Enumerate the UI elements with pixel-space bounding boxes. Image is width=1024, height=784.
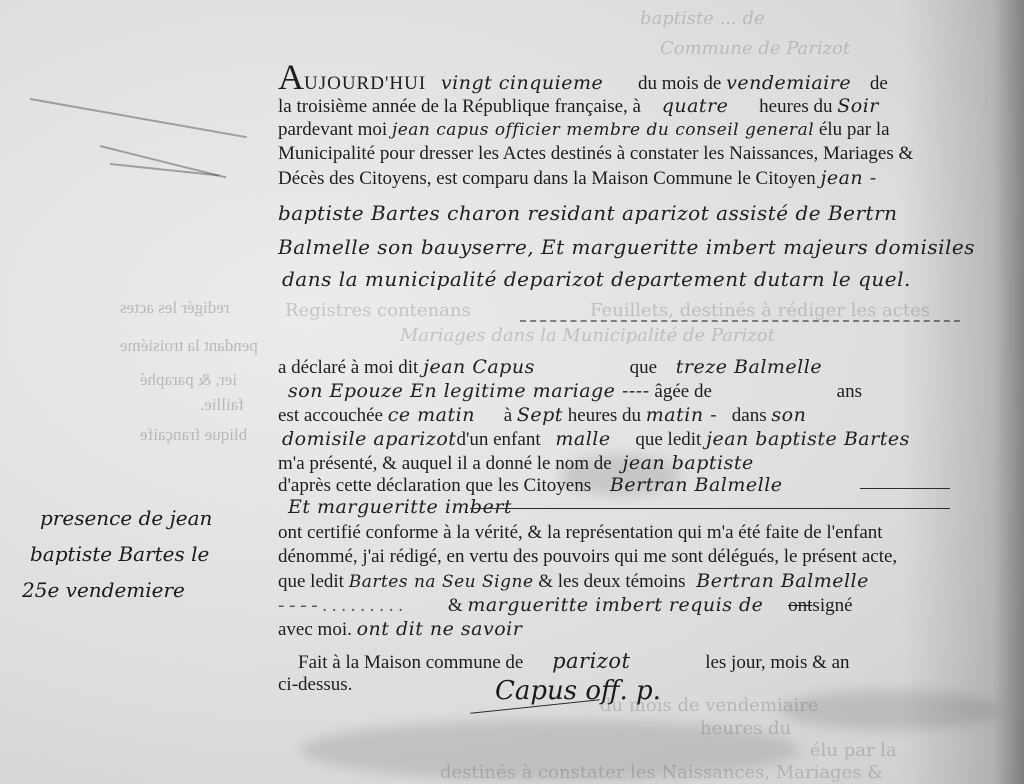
printed-text: à (504, 405, 512, 426)
handwritten-text: Bartes na Seu Signe (349, 572, 534, 592)
handwritten-text: ont dit ne savoir (357, 618, 523, 640)
bleed-through-bottom: élu par la (810, 740, 897, 761)
handwritten-name: jean Capus (423, 356, 535, 378)
text-line: ci-dessus. (278, 674, 352, 696)
fill-line (860, 488, 950, 489)
printed-text: avec moi. (278, 619, 352, 640)
handwritten-commune: parizot (552, 649, 630, 673)
handwritten-child-name: jean baptiste (622, 452, 753, 474)
bleed-through-left: redigér les actes (120, 298, 230, 318)
printed-text: & (448, 595, 463, 616)
text-line: Fait à la Maison commune de parizot les … (298, 650, 850, 674)
text-line: son Epouze En legitime mariage ---- âgée… (288, 380, 862, 403)
text-line: - - - - . . . . . . . . . & margueritte … (278, 594, 853, 617)
printed-text: a déclaré à moi dit (278, 357, 418, 378)
printed-text: heures du (568, 405, 641, 426)
printed-text: que ledit (635, 429, 701, 450)
printed-text: est accouchée (278, 405, 383, 426)
dropcap: A (278, 57, 304, 97)
handwritten-text: matin - (646, 404, 717, 426)
handwritten-day: vingt cinquieme (441, 72, 603, 94)
printed-text: les jour, mois & an (705, 652, 849, 673)
printed-text: élu par la (819, 119, 890, 140)
handwritten-father: jean baptiste Bartes (706, 428, 910, 450)
text-line: domisile aparizotd'un enfant malle que l… (282, 428, 910, 451)
bleed-through-left: faillie. (200, 395, 244, 415)
text-line: ont certifié conforme à la vérité, & la … (278, 522, 883, 544)
handwritten-witness: Bertran Balmelle (696, 570, 869, 592)
printed-text: âgée de (654, 381, 711, 402)
bleed-through-left: ier, & paraphé (140, 370, 237, 390)
printed-text: d'un enfant (456, 429, 540, 450)
printed-text: ans (837, 381, 862, 402)
bleed-through-top: Commune de Parizot (660, 38, 850, 59)
header-title: UJOURD'HUI (304, 73, 426, 94)
printed-text: la troisième année de la République fran… (278, 96, 641, 117)
handwritten-line: dans la municipalité deparizot departeme… (282, 268, 911, 290)
text-line: la troisième année de la République fran… (278, 95, 879, 118)
handwritten-text: domisile aparizot (282, 428, 456, 450)
printed-text: & les deux témoins (538, 571, 685, 592)
text-line: Décès des Citoyens, est comparu dans la … (278, 167, 877, 190)
printed-text: que ledit (278, 571, 344, 592)
scanned-document-page: baptiste ... de Commune de Parizot redig… (0, 0, 1024, 784)
handwritten-witness: margueritte imbert requis de (467, 594, 763, 616)
handwritten-hour: quatre (662, 95, 729, 117)
month-label: du mois de (638, 73, 721, 94)
text-line: pardevant moi jean capus officier membre… (278, 119, 890, 141)
bleed-through-mid: Feuillets, destinés à rédiger les actes (590, 300, 930, 321)
handwritten-period: Soir (837, 95, 879, 117)
text-line: avec moi. ont dit ne savoir (278, 618, 522, 641)
printed-text: que (630, 357, 657, 378)
handwritten-text: ce matin (388, 404, 475, 426)
handwritten-mother: treze Balmelle (676, 356, 822, 378)
bleed-through-mid: Mariages dans la Municipalité de Parizot (400, 325, 775, 346)
month-suffix: de (870, 73, 888, 94)
handwritten-text: son (771, 404, 806, 426)
text-line: est accouchée ce matin à Sept heures du … (278, 404, 806, 427)
bleed-through-left: pendant la troisiéme (120, 336, 258, 356)
handwritten-witness: Bertran Balmelle (610, 474, 783, 496)
bleed-through-left: blique françaife (140, 425, 247, 445)
text-line: d'après cette déclaration que les Citoye… (278, 474, 783, 497)
printed-text: signé (812, 595, 852, 616)
header-line: AUJOURD'HUI vingt cinquieme du mois de v… (278, 62, 888, 95)
bleed-through-top: baptiste ... de (640, 8, 765, 29)
fill-line (470, 508, 950, 509)
text-line: Municipalité pour dresser les Actes dest… (278, 143, 913, 165)
handwritten-line: baptiste Bartes charon residant aparizot… (278, 202, 898, 224)
text-line: dénommé, j'ai rédigé, en vertu des pouvo… (278, 546, 897, 568)
handwritten-sex: malle (555, 428, 610, 450)
handwritten-officer: jean capus officier membre du conseil ge… (392, 120, 814, 140)
struck-text: ont (788, 595, 812, 616)
printed-text: Décès des Citoyens, est comparu dans la … (278, 168, 816, 189)
dotted-fill: - - - - . . . . . . . . . (278, 595, 403, 616)
handwritten-line: Et margueritte imbert (288, 496, 512, 518)
margin-note-line: baptiste Bartes le (30, 542, 209, 566)
bleed-through-bottom: destinés à constater les Naissances, Mar… (440, 762, 883, 783)
bleed-through-mid: Registres contenans (285, 300, 471, 321)
handwritten-hour: Sept (517, 404, 563, 426)
text-line: m'a présenté, & auquel il a donné le nom… (278, 452, 754, 475)
printed-text: dans (732, 405, 767, 426)
handwritten-month: vendemiaire (726, 72, 851, 94)
printed-text: m'a présenté, & auquel il a donné le nom… (278, 453, 612, 474)
printed-text: d'après cette déclaration que les Citoye… (278, 475, 591, 496)
handwritten-line: Balmelle son bauyserre, Et margueritte i… (278, 236, 975, 258)
margin-note-line: presence de jean (40, 506, 212, 530)
handwritten-name: jean - (820, 167, 876, 189)
printed-text: pardevant moi (278, 119, 387, 140)
text-line: a déclaré à moi dit jean Capus que treze… (278, 356, 822, 379)
printed-text: Fait à la Maison commune de (298, 652, 523, 673)
dashed-line (520, 320, 960, 322)
bleed-through-bottom: heures du (700, 718, 791, 739)
text-line: que ledit Bartes na Seu Signe & les deux… (278, 570, 869, 593)
printed-text: heures du (759, 96, 832, 117)
handwritten-text: son Epouze En legitime mariage ---- (288, 380, 650, 402)
pencil-mark (30, 98, 247, 138)
margin-note-line: 25e vendemiere (22, 578, 185, 602)
